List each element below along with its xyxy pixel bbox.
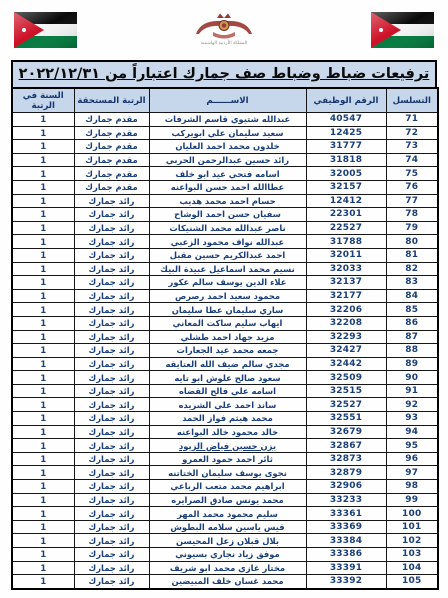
rank-cell: رائد جمارك [74,439,149,453]
serial-cell: 103 [386,548,438,562]
year-cell: 1 [12,126,74,140]
serial-cell: 79 [386,221,438,235]
table-row: 9332551محمد هيثم فواز الحمدرائد جمارك1 [12,412,438,426]
table-row: 9132515اسامه علي فالح القضاهرائد جمارك1 [12,384,438,398]
rank-cell: رائد جمارك [74,330,149,344]
jordan-flag-icon [371,12,434,48]
table-row: 8732293مزيد جهاد احمد طشليرائد جمارك1 [12,330,438,344]
rank-cell: رائد جمارك [74,194,149,208]
job-number-cell: 32011 [306,248,386,262]
serial-cell: 86 [386,316,438,330]
name-cell: احمد عبدالكريم حسين مقبل [149,248,306,262]
serial-cell: 81 [386,248,438,262]
rank-cell: رائد جمارك [74,221,149,235]
col-header-job-number: الرقم الوظيفي [306,88,386,113]
job-number-cell: 12425 [306,126,386,140]
table-row: 7822301سفيان حسن احمد الوشاحرائد جمارك1 [12,208,438,222]
name-cell: اسامه علي فالح القضاه [149,384,306,398]
year-cell: 1 [12,384,74,398]
name-cell: مجدي سالم ضيف الله العتايقه [149,357,306,371]
table-row: 10333386موفق زياد نجاري بسيونيرائد جمارك… [12,548,438,562]
year-cell: 1 [12,357,74,371]
name-cell: رائد حسين عبدالرحمن الحربي [149,153,306,167]
year-cell: 1 [12,534,74,548]
table-row: 10433391مختار غازي محمد ابو شريفرائد جما… [12,561,438,575]
rank-cell: رائد جمارك [74,371,149,385]
job-number-cell: 33361 [306,507,386,521]
name-cell: سعود صالح علوش ابو تايه [149,371,306,385]
rank-cell: مقدم جمارك [74,180,149,194]
job-number-cell: 40547 [306,113,386,127]
name-cell: ابراهيم محمد متعب الرباعي [149,480,306,494]
year-cell: 1 [12,248,74,262]
name-cell: عطاالله احمد حسن البواعنه [149,180,306,194]
table-row: 8832427جمعه محمد عيد الجعاراترائد جمارك1 [12,344,438,358]
year-cell: 1 [12,194,74,208]
serial-cell: 85 [386,303,438,317]
job-number-cell: 32137 [306,276,386,290]
table-row: 9032509سعود صالح علوش ابو تايهرائد جمارك… [12,371,438,385]
name-cell: ساند احمد علي الشريده [149,398,306,412]
name-cell: محمد غسان خلف المبيضين [149,575,306,589]
job-number-cell: 33391 [306,561,386,575]
col-header-name: الاســــــم [149,88,306,113]
document-page: المملكة الأردنية الهاشمية ترفيعات ضباط و… [0,0,448,598]
year-cell: 1 [12,344,74,358]
job-number-cell: 12412 [306,194,386,208]
job-number-cell: 32509 [306,371,386,385]
rank-cell: رائد جمارك [74,520,149,534]
table-row: 10133369قيس ياسين سلامه البطوشرائد جمارك… [12,520,438,534]
name-cell: موفق زياد نجاري بسيوني [149,548,306,562]
job-number-cell: 33386 [306,548,386,562]
serial-cell: 93 [386,412,438,426]
name-cell: جمعه محمد عيد الجعارات [149,344,306,358]
job-number-cell: 32442 [306,357,386,371]
rank-cell: رائد جمارك [74,316,149,330]
serial-cell: 99 [386,493,438,507]
job-number-cell: 32177 [306,289,386,303]
table-row: 9632873ثائر احمد حمود العمرورائد جمارك1 [12,452,438,466]
year-cell: 1 [12,330,74,344]
serial-cell: 98 [386,480,438,494]
serial-cell: 73 [386,140,438,154]
serial-cell: 71 [386,113,438,127]
year-cell: 1 [12,507,74,521]
table-row: 7331777خلدون محمد احمد العليانمقدم جمارك… [12,140,438,154]
table-row: 9532867يزن حسين فياض الزيودرائد جمارك1 [12,439,438,453]
serial-cell: 78 [386,208,438,222]
table-row: 9832906ابراهيم محمد متعب الرباعيرائد جما… [12,480,438,494]
name-cell: خلدون محمد احمد العليان [149,140,306,154]
rank-cell: رائد جمارك [74,276,149,290]
job-number-cell: 33384 [306,534,386,548]
name-cell: يزن حسين فياض الزيود [149,439,306,453]
year-cell: 1 [12,371,74,385]
year-cell: 1 [12,548,74,562]
job-number-cell: 32551 [306,412,386,426]
table-row: 8532206ساري سليمان عطا سليمانرائد جمارك1 [12,303,438,317]
rank-cell: مقدم جمارك [74,167,149,181]
name-cell: ثائر احمد حمود العمرو [149,452,306,466]
job-number-cell: 22301 [306,208,386,222]
rank-cell: رائد جمارك [74,235,149,249]
job-number-cell: 31788 [306,235,386,249]
name-cell: نجوى يوسف سليمان الختاتنه [149,466,306,480]
serial-cell: 101 [386,520,438,534]
emblem-block: المملكة الأردنية الهاشمية [193,12,255,46]
serial-cell: 82 [386,262,438,276]
name-cell: ناصر عبدالله محمد الشنيكات [149,221,306,235]
table-row: 10033361سليم محمود محمد المهررائد جمارك1 [12,507,438,521]
serial-cell: 90 [386,371,438,385]
serial-cell: 89 [386,357,438,371]
name-cell: سعيد سليمان علي ابويركب [149,126,306,140]
table-row: 9432679خالد محمود خالد البواعنهرائد جمار… [12,425,438,439]
serial-cell: 96 [386,452,438,466]
serial-cell: 74 [386,153,438,167]
rank-cell: رائد جمارك [74,303,149,317]
job-number-cell: 33233 [306,493,386,507]
rank-cell: مقدم جمارك [74,126,149,140]
serial-cell: 75 [386,167,438,181]
job-number-cell: 32005 [306,167,386,181]
serial-cell: 92 [386,398,438,412]
name-cell: اسامه فتحي عيد ابو خلف [149,167,306,181]
col-header-rank: الرتبة المستحقة [74,88,149,113]
rank-cell: رائد جمارك [74,480,149,494]
table-row: 7632157عطاالله احمد حسن البواعنهمقدم جما… [12,180,438,194]
serial-cell: 91 [386,384,438,398]
year-cell: 1 [12,316,74,330]
table-row: 7712412حسام احمد محمد هديبرائد جمارك1 [12,194,438,208]
name-cell: محمود سعيد احمد رصرص [149,289,306,303]
name-cell: خالد محمود خالد البواعنه [149,425,306,439]
year-cell: 1 [12,480,74,494]
rank-cell: رائد جمارك [74,493,149,507]
year-cell: 1 [12,466,74,480]
serial-cell: 104 [386,561,438,575]
job-number-cell: 31777 [306,140,386,154]
title-bar: ترفيعات ضباط وضباط صف جمارك اعتباراً من … [11,60,437,89]
serial-cell: 102 [386,534,438,548]
name-cell: محمد يونس صادق الصرايره [149,493,306,507]
name-cell: نسيم محمد اسماعيل عبيدة البيك [149,262,306,276]
table-row: 8332137علاء الدين يوسف سالم عكوررائد جما… [12,276,438,290]
serial-cell: 87 [386,330,438,344]
job-number-cell: 32527 [306,398,386,412]
table-row: 7212425سعيد سليمان علي ابويركبمقدم جمارك… [12,126,438,140]
name-cell: حسام احمد محمد هديب [149,194,306,208]
rank-cell: رائد جمارك [74,208,149,222]
table-row: 7431818رائد حسين عبدالرحمن الحربيمقدم جم… [12,153,438,167]
year-cell: 1 [12,208,74,222]
table-row: 7140547عبدالله شتيوي قاسم الشرفاتمقدم جم… [12,113,438,127]
promotion-table: التسلسل الرقم الوظيفي الاســــــم الرتبة… [11,87,439,590]
rank-cell: رائد جمارك [74,289,149,303]
serial-cell: 97 [386,466,438,480]
table-row: 9232527ساند احمد علي الشريدهرائد جمارك1 [12,398,438,412]
job-number-cell: 31818 [306,153,386,167]
serial-cell: 95 [386,439,438,453]
table-row: 9933233محمد يونس صادق الصرايرهرائد جمارك… [12,493,438,507]
year-cell: 1 [12,153,74,167]
year-cell: 1 [12,262,74,276]
serial-cell: 80 [386,235,438,249]
rank-cell: رائد جمارك [74,575,149,589]
rank-cell: رائد جمارك [74,248,149,262]
serial-cell: 100 [386,507,438,521]
year-cell: 1 [12,425,74,439]
year-cell: 1 [12,452,74,466]
year-cell: 1 [12,167,74,181]
promotion-table-body: 7140547عبدالله شتيوي قاسم الشرفاتمقدم جم… [12,113,438,589]
serial-cell: 94 [386,425,438,439]
serial-cell: 72 [386,126,438,140]
table-header-row: التسلسل الرقم الوظيفي الاســــــم الرتبة… [12,88,438,113]
job-number-cell: 32033 [306,262,386,276]
name-cell: سفيان حسن احمد الوشاح [149,208,306,222]
year-cell: 1 [12,289,74,303]
table-row: 8432177محمود سعيد احمد رصرصرائد جمارك1 [12,289,438,303]
year-cell: 1 [12,412,74,426]
job-number-cell: 22527 [306,221,386,235]
table-row: 7532005اسامه فتحي عيد ابو خلفمقدم جمارك1 [12,167,438,181]
rank-cell: رائد جمارك [74,466,149,480]
name-cell: سليم محمود محمد المهر [149,507,306,521]
year-cell: 1 [12,493,74,507]
rank-cell: رائد جمارك [74,357,149,371]
serial-cell: 84 [386,289,438,303]
job-number-cell: 32867 [306,439,386,453]
name-cell: ساري سليمان عطا سليمان [149,303,306,317]
job-number-cell: 32293 [306,330,386,344]
job-number-cell: 32208 [306,316,386,330]
job-number-cell: 32206 [306,303,386,317]
table-row: 8232033نسيم محمد اسماعيل عبيدة البيكرائد… [12,262,438,276]
name-cell: مزيد جهاد احمد طشلي [149,330,306,344]
name-cell: ايهاب سليم ساكت المعاني [149,316,306,330]
year-cell: 1 [12,303,74,317]
job-number-cell: 32906 [306,480,386,494]
year-cell: 1 [12,221,74,235]
rank-cell: رائد جمارك [74,548,149,562]
rank-cell: رائد جمارك [74,384,149,398]
job-number-cell: 32157 [306,180,386,194]
name-cell: علاء الدين يوسف سالم عكور [149,276,306,290]
jordan-flag-icon [14,12,77,48]
rank-cell: رائد جمارك [74,561,149,575]
name-cell: بلال قبلان زعل المحيسن [149,534,306,548]
table-row: 7922527ناصر عبدالله محمد الشنيكاترائد جم… [12,221,438,235]
emblem-caption: المملكة الأردنية الهاشمية [201,41,247,46]
year-cell: 1 [12,180,74,194]
table-row: 9732879نجوى يوسف سليمان الختاتنهرائد جما… [12,466,438,480]
rank-cell: رائد جمارك [74,412,149,426]
serial-cell: 76 [386,180,438,194]
coat-of-arms-icon [193,12,255,40]
year-cell: 1 [12,276,74,290]
rank-cell: رائد جمارك [74,262,149,276]
page-header: المملكة الأردنية الهاشمية [0,0,448,56]
year-cell: 1 [12,561,74,575]
serial-cell: 77 [386,194,438,208]
year-cell: 1 [12,113,74,127]
name-cell: قيس ياسين سلامه البطوش [149,520,306,534]
rank-cell: رائد جمارك [74,425,149,439]
name-cell: مختار غازي محمد ابو شريف [149,561,306,575]
serial-cell: 83 [386,276,438,290]
year-cell: 1 [12,235,74,249]
job-number-cell: 32879 [306,466,386,480]
rank-cell: رائد جمارك [74,507,149,521]
job-number-cell: 33369 [306,520,386,534]
rank-cell: رائد جمارك [74,534,149,548]
name-cell: عبدالله شتيوي قاسم الشرفات [149,113,306,127]
table-row: 10233384بلال قبلان زعل المحيسنرائد جمارك… [12,534,438,548]
rank-cell: مقدم جمارك [74,140,149,154]
rank-cell: مقدم جمارك [74,113,149,127]
job-number-cell: 32873 [306,452,386,466]
rank-cell: مقدم جمارك [74,153,149,167]
col-header-serial: التسلسل [386,88,438,113]
table-row: 8932442مجدي سالم ضيف الله العتايقهرائد ج… [12,357,438,371]
rank-cell: رائد جمارك [74,398,149,412]
rank-cell: رائد جمارك [74,344,149,358]
serial-cell: 105 [386,575,438,589]
year-cell: 1 [12,575,74,589]
table-row: 8632208ايهاب سليم ساكت المعانيرائد جمارك… [12,316,438,330]
col-header-year-in-rank: السنة في الرتبة [12,88,74,113]
year-cell: 1 [12,520,74,534]
table-row: 10533392محمد غسان خلف المبيضينرائد جمارك… [12,575,438,589]
job-number-cell: 32679 [306,425,386,439]
page-title: ترفيعات ضباط وضباط صف جمارك اعتباراً من … [19,67,430,82]
name-cell: محمد هيثم فواز الحمد [149,412,306,426]
year-cell: 1 [12,140,74,154]
name-cell: عبدالله نواف محمود الزعبي [149,235,306,249]
table-row: 8132011احمد عبدالكريم حسين مقبلرائد جمار… [12,248,438,262]
serial-cell: 88 [386,344,438,358]
job-number-cell: 32427 [306,344,386,358]
table-row: 8031788عبدالله نواف محمود الزعبيرائد جما… [12,235,438,249]
rank-cell: رائد جمارك [74,452,149,466]
year-cell: 1 [12,439,74,453]
year-cell: 1 [12,398,74,412]
job-number-cell: 33392 [306,575,386,589]
job-number-cell: 32515 [306,384,386,398]
